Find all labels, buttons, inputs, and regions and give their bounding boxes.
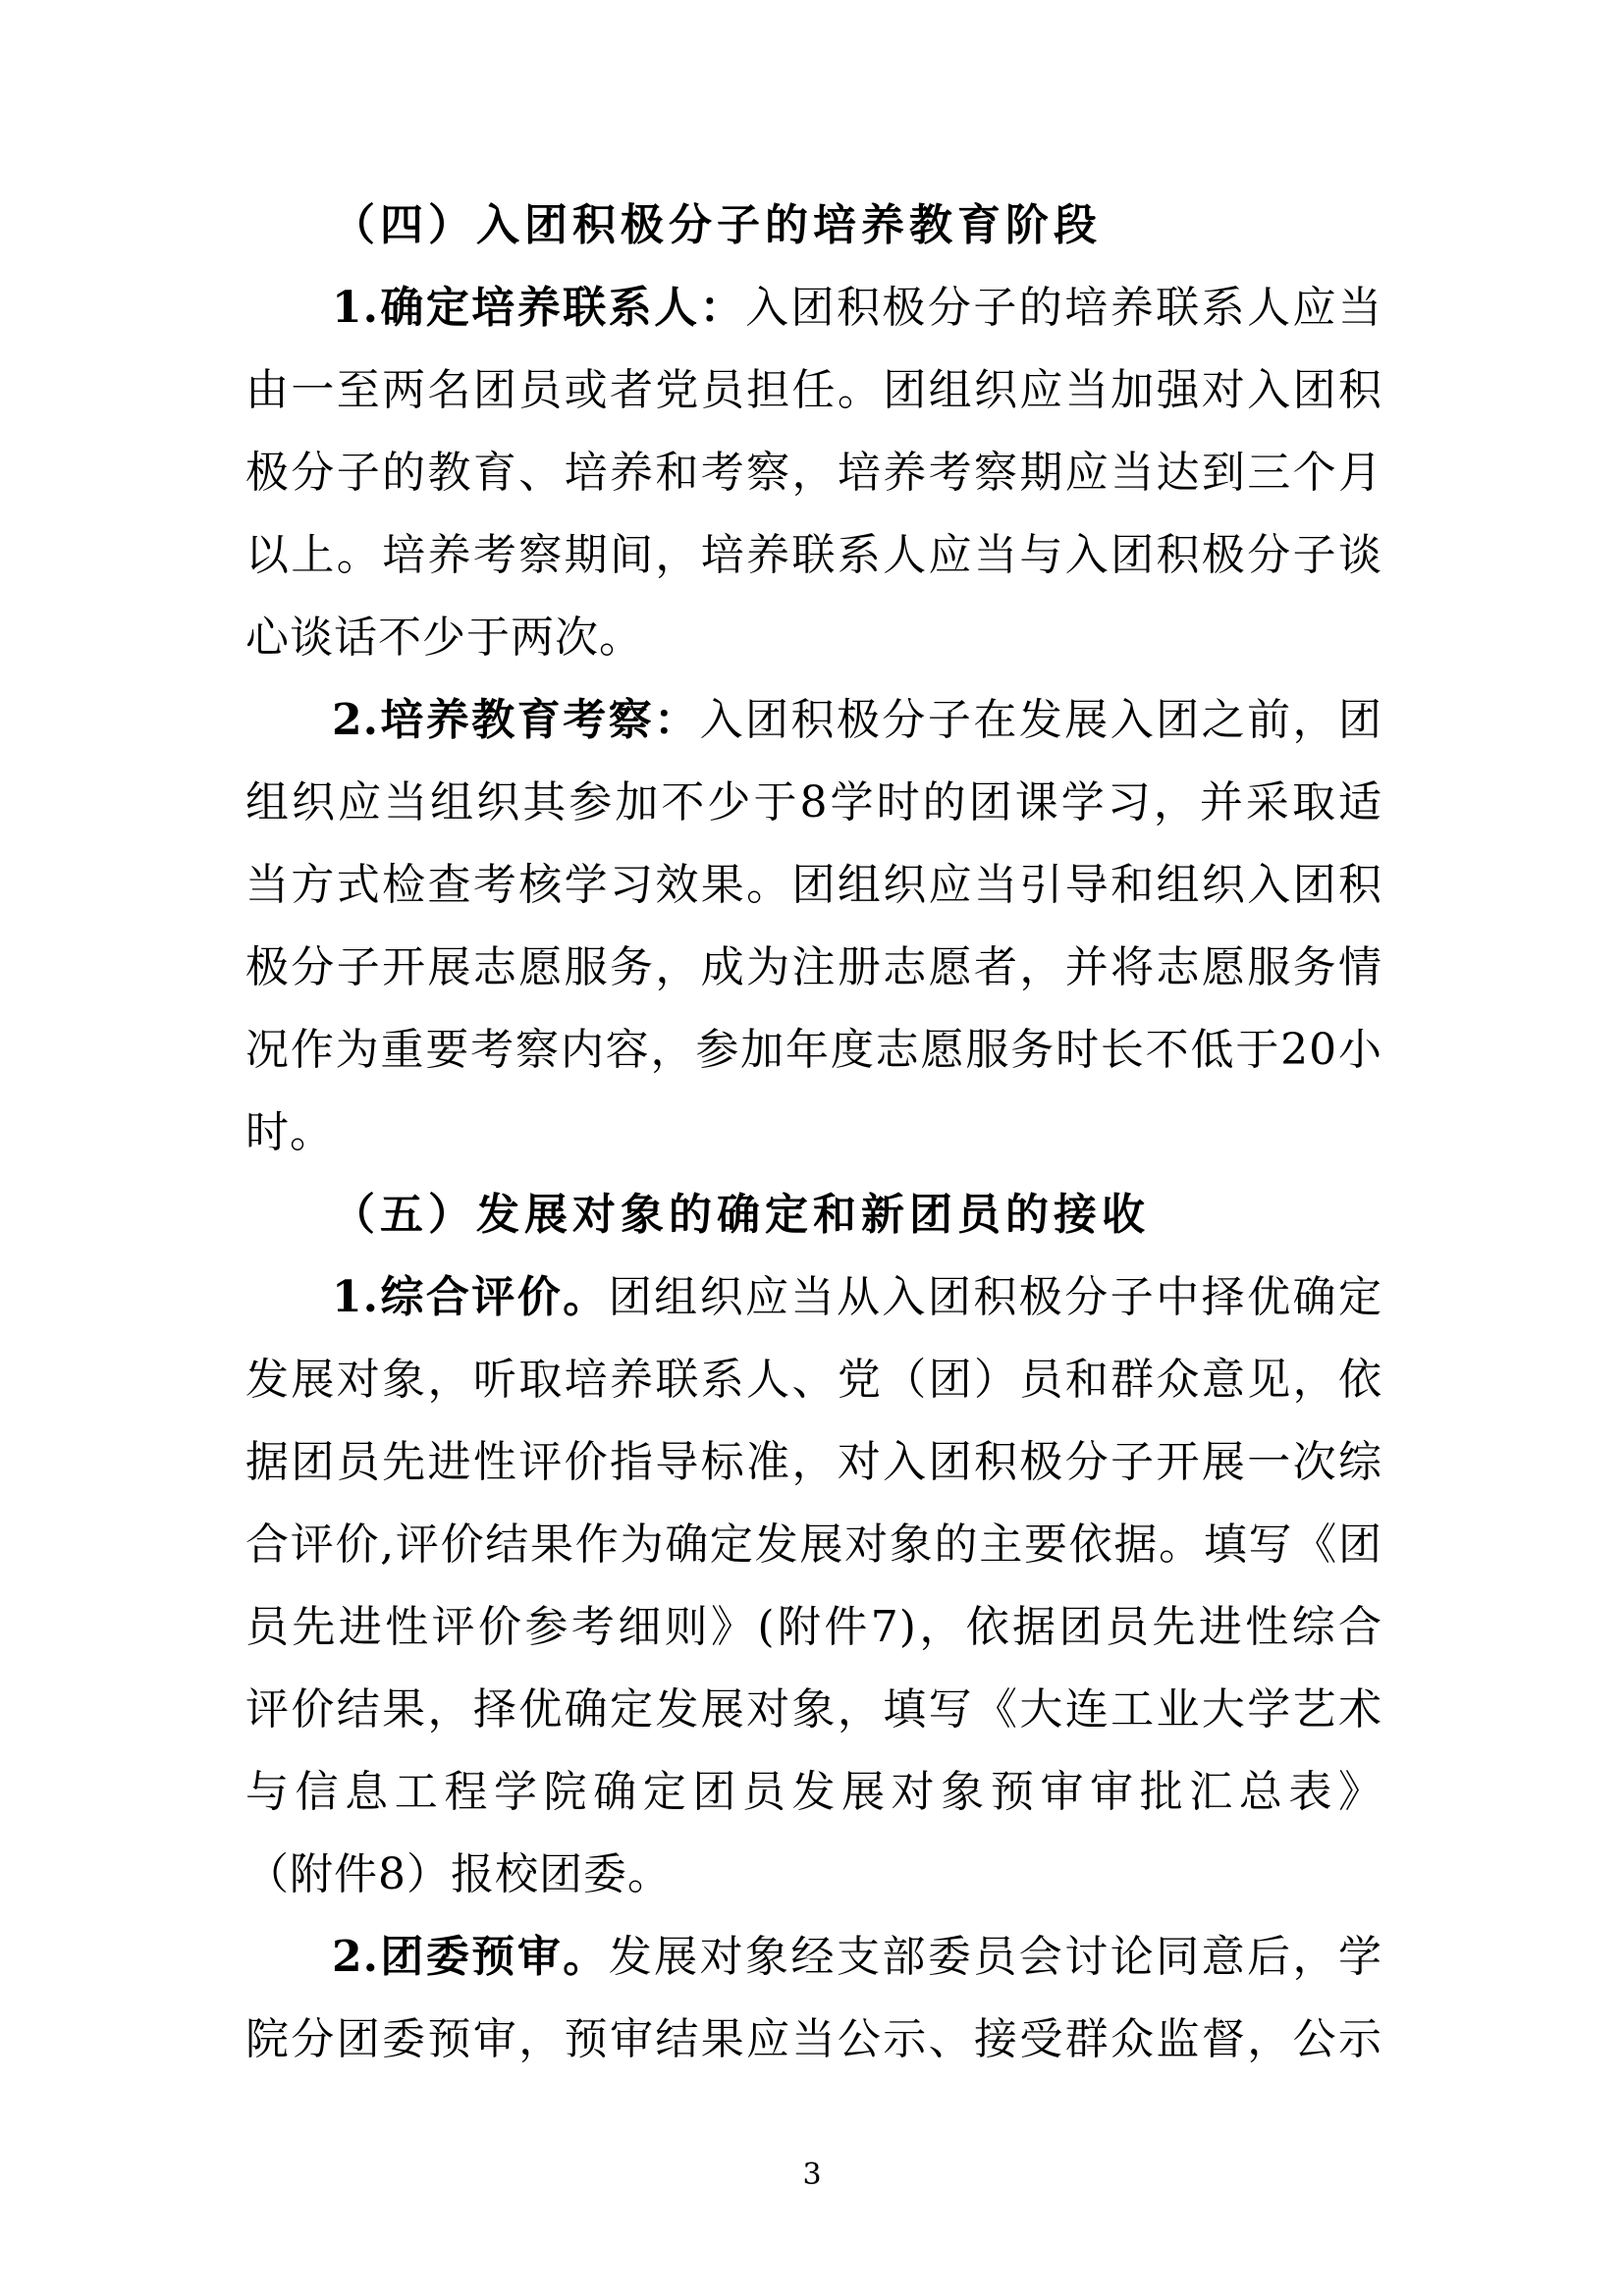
text-line: 评价结果，择优确定发展对象，填写《大连工业大学艺术 <box>245 1669 1382 1751</box>
text-line: （附件8）报校团委。 <box>245 1834 1382 1916</box>
text-line: 1.综合评价。团组织应当从入团积极分子中择优确定 <box>245 1256 1382 1339</box>
line-text: 况作为重要考察内容，参加年度志愿服务时长不低于20小 <box>245 1025 1382 1075</box>
line-text: （五）发展对象的确定和新团员的接收 <box>332 1190 1150 1240</box>
text-line: 以上。培养考察期间，培养联系人应当与入团积极分子谈 <box>245 514 1382 597</box>
line-text: 据团员先进性评价指导标准，对入团积极分子开展一次综 <box>245 1437 1382 1487</box>
page-number: 3 <box>0 2156 1624 2195</box>
paragraph-label: 2.团委预审。 <box>332 1932 609 1982</box>
text-line: 与信息工程学院确定团员发展对象预审审批汇总表》 <box>245 1751 1382 1834</box>
text-line: 时。 <box>245 1092 1382 1174</box>
document-page: （四）入团积极分子的培养教育阶段1.确定培养联系人：入团积极分子的培养联系人应当… <box>0 0 1624 2296</box>
line-text: 当方式检查考核学习效果。团组织应当引导和组织入团积 <box>245 860 1382 910</box>
line-text: 以上。培养考察期间，培养联系人应当与入团积极分子谈 <box>245 530 1382 580</box>
line-text: 极分子开展志愿服务，成为注册志愿者，并将志愿服务情 <box>245 942 1382 992</box>
line-text: 合评价,评价结果作为确定发展对象的主要依据。填写《团 <box>245 1520 1382 1570</box>
text-line: 由一至两名团员或者党员担任。团组织应当加强对入团积 <box>245 349 1382 432</box>
line-text: （附件8）报校团委。 <box>245 1849 672 1899</box>
line-text: 团组织应当从入团积极分子中择优确定 <box>609 1272 1382 1322</box>
line-text: 院分团委预审，预审结果应当公示、接受群众监督，公示 <box>245 2014 1382 2064</box>
line-text: 发展对象，听取培养联系人、党（团）员和群众意见，依 <box>245 1355 1382 1405</box>
line-text: 入团积极分子的培养联系人应当 <box>745 283 1382 333</box>
text-line: 员先进性评价参考细则》(附件7)，依据团员先进性综合 <box>245 1586 1382 1669</box>
text-line: 2.团委预审。发展对象经支部委员会讨论同意后，学 <box>245 1916 1382 1999</box>
section-heading: （五）发展对象的确定和新团员的接收 <box>245 1174 1382 1256</box>
section-heading: （四）入团积极分子的培养教育阶段 <box>245 185 1382 267</box>
text-line: 院分团委预审，预审结果应当公示、接受群众监督，公示 <box>245 1999 1382 2081</box>
line-text: 组织应当组织其参加不少于8学时的团课学习，并采取适 <box>245 777 1382 828</box>
text-line: 组织应当组织其参加不少于8学时的团课学习，并采取适 <box>245 762 1382 844</box>
text-line: 2.培养教育考察：入团积极分子在发展入团之前，团 <box>245 679 1382 762</box>
line-text: 时。 <box>245 1107 334 1157</box>
paragraph-label: 1.确定培养联系人： <box>332 283 745 333</box>
text-line: 发展对象，听取培养联系人、党（团）员和群众意见，依 <box>245 1339 1382 1421</box>
text-line: 1.确定培养联系人：入团积极分子的培养联系人应当 <box>245 267 1382 349</box>
line-text: 心谈话不少于两次。 <box>245 613 643 663</box>
paragraph-label: 1.综合评价。 <box>332 1272 609 1322</box>
text-line: 极分子开展志愿服务，成为注册志愿者，并将志愿服务情 <box>245 927 1382 1009</box>
line-text: （四）入团积极分子的培养教育阶段 <box>332 200 1102 250</box>
line-text: 极分子的教育、培养和考察，培养考察期应当达到三个月 <box>245 448 1382 498</box>
line-text: 入团积极分子在发展入团之前，团 <box>700 695 1382 745</box>
line-text: 评价结果，择优确定发展对象，填写《大连工业大学艺术 <box>245 1684 1382 1735</box>
text-line: 当方式检查考核学习效果。团组织应当引导和组织入团积 <box>245 844 1382 927</box>
line-text: 与信息工程学院确定团员发展对象预审审批汇总表》 <box>245 1767 1382 1817</box>
line-text: 员先进性评价参考细则》(附件7)，依据团员先进性综合 <box>245 1602 1382 1652</box>
text-line: 况作为重要考察内容，参加年度志愿服务时长不低于20小 <box>245 1009 1382 1092</box>
text-line: 合评价,评价结果作为确定发展对象的主要依据。填写《团 <box>245 1504 1382 1586</box>
text-block: （四）入团积极分子的培养教育阶段1.确定培养联系人：入团积极分子的培养联系人应当… <box>245 185 1382 2081</box>
line-text: 由一至两名团员或者党员担任。团组织应当加强对入团积 <box>245 365 1382 415</box>
paragraph-label: 2.培养教育考察： <box>332 695 700 745</box>
line-text: 发展对象经支部委员会讨论同意后，学 <box>609 1932 1382 1982</box>
text-line: 据团员先进性评价指导标准，对入团积极分子开展一次综 <box>245 1421 1382 1504</box>
text-line: 极分子的教育、培养和考察，培养考察期应当达到三个月 <box>245 432 1382 514</box>
text-line: 心谈话不少于两次。 <box>245 597 1382 679</box>
